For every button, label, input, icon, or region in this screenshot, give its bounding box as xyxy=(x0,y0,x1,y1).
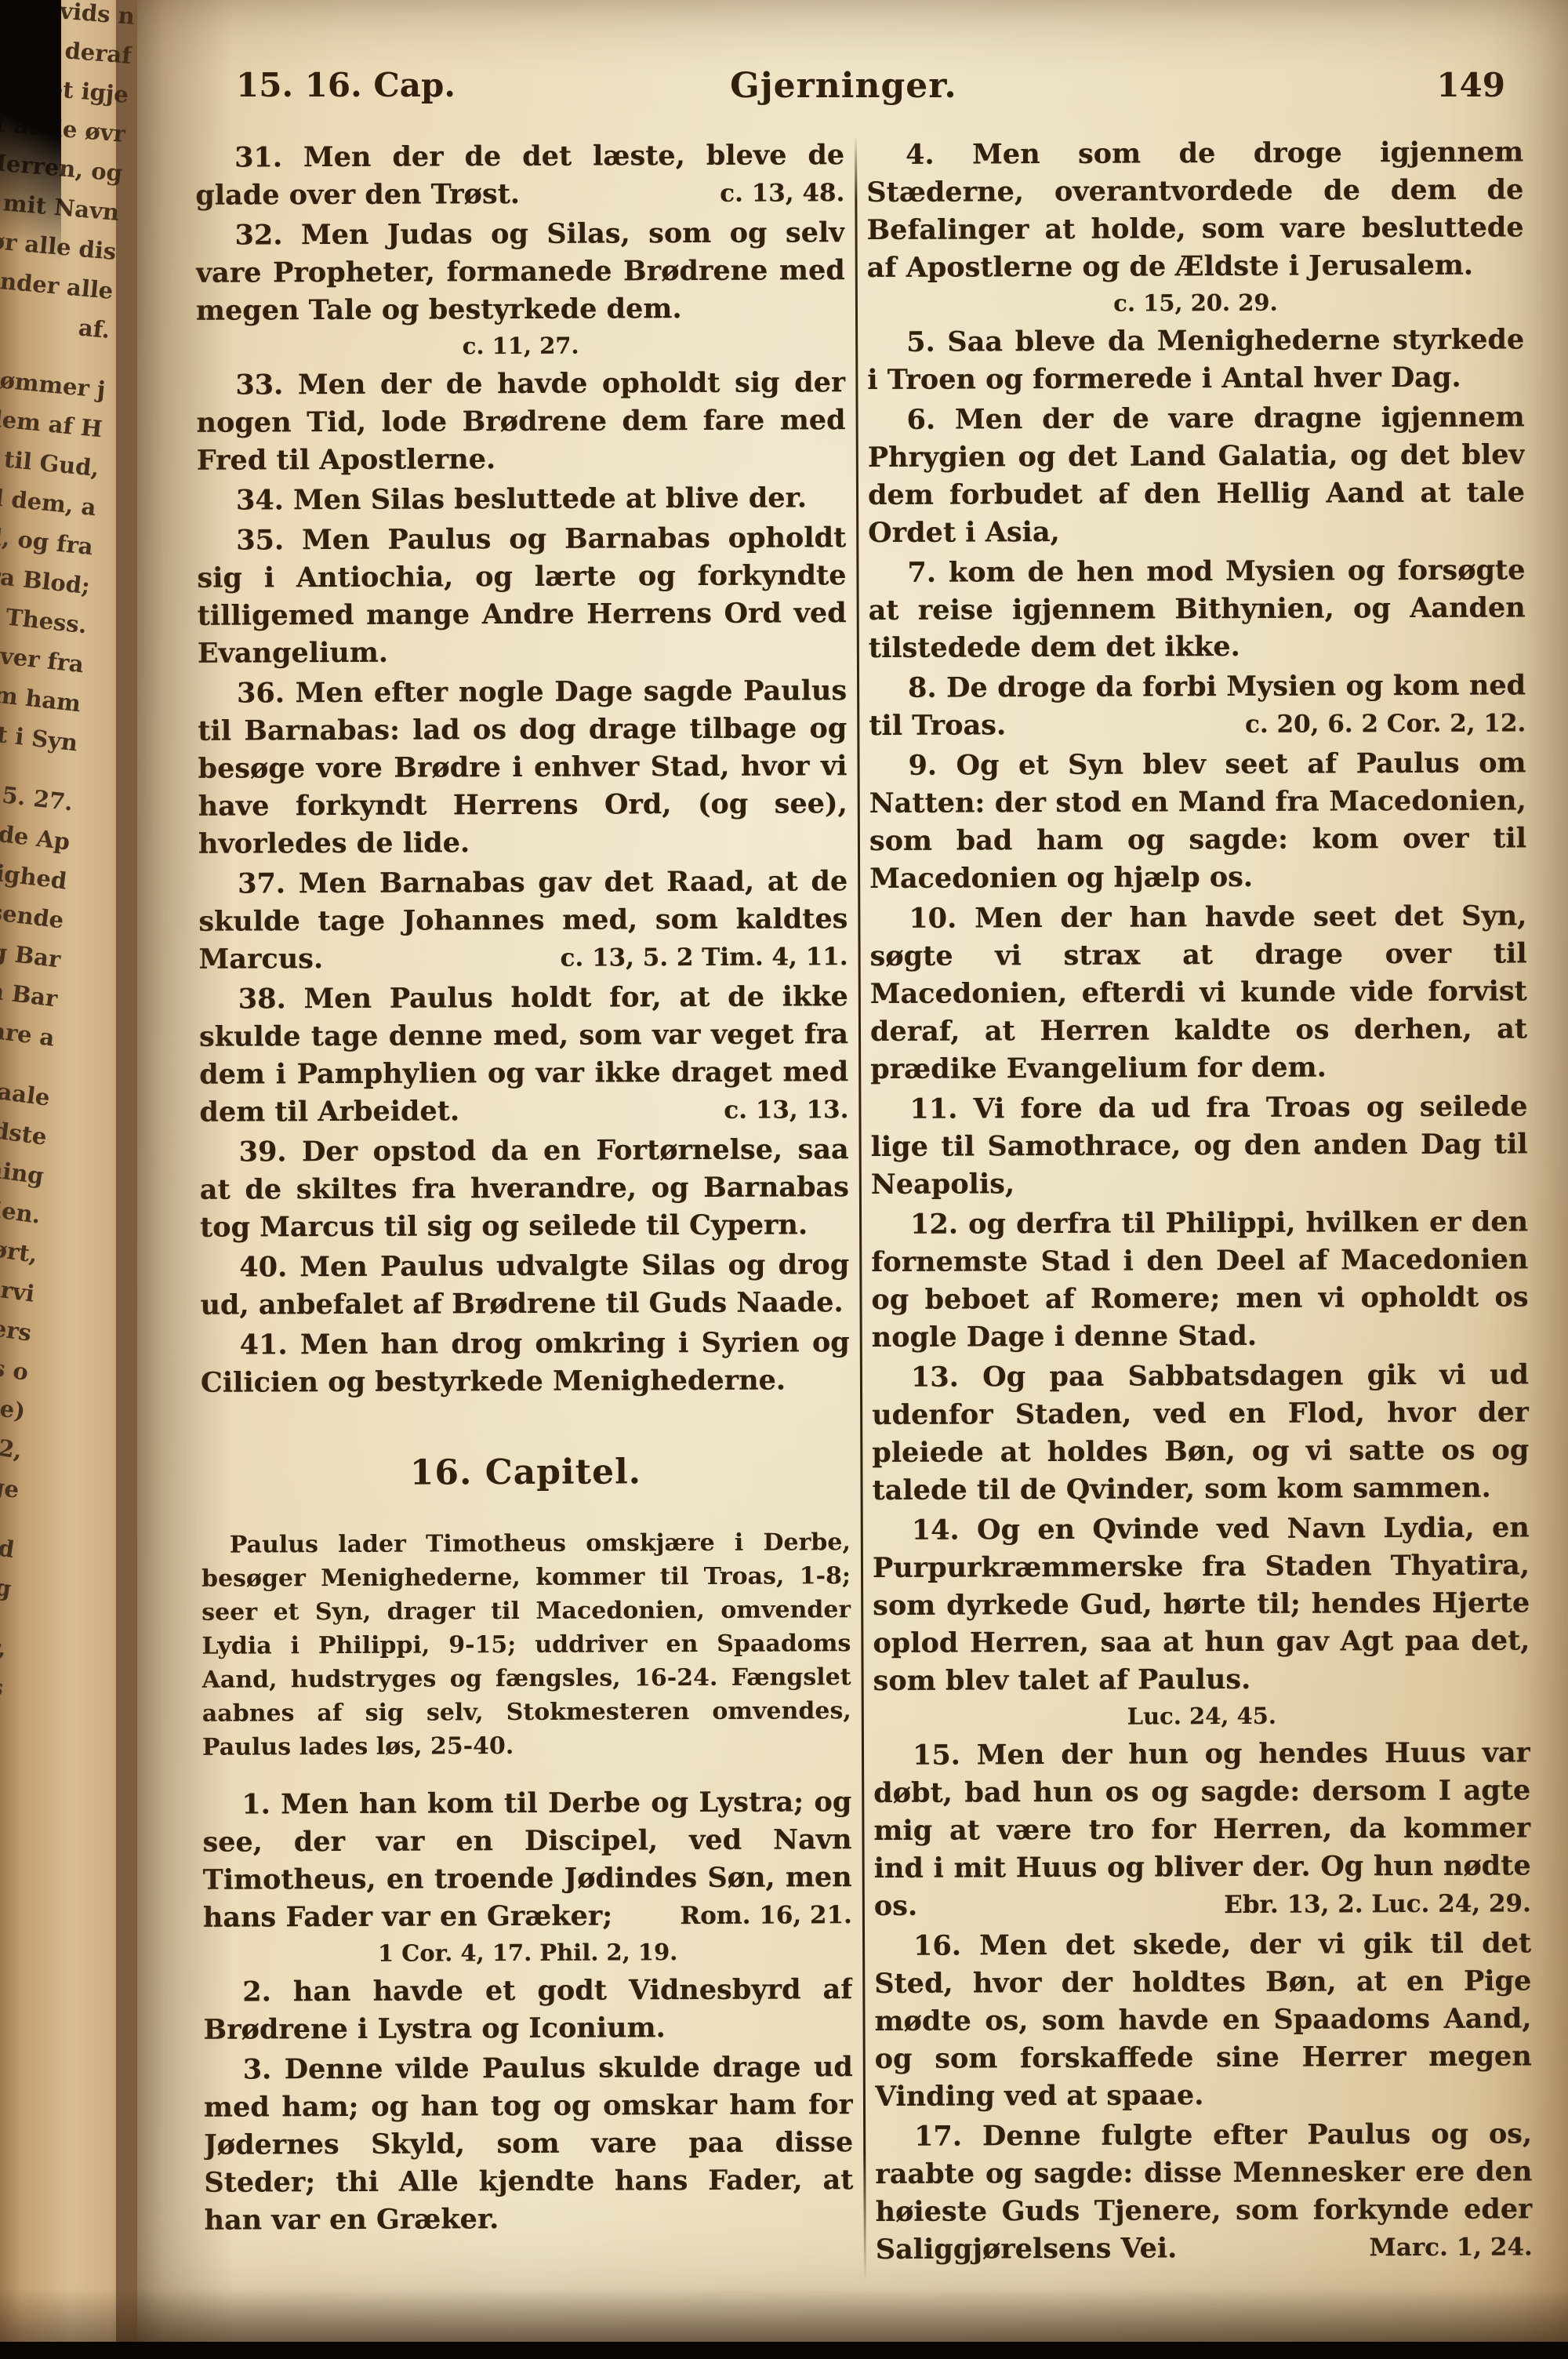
facing-page-text-fragment-text: af. xyxy=(78,314,111,343)
verse-paragraph: 9. Og et Syn blev seet af Paulus om Natt… xyxy=(869,744,1526,898)
cross-reference-line: c. 11, 27. xyxy=(196,331,845,361)
verse-paragraph: 34. Men Silas besluttede at blive der. xyxy=(197,479,846,520)
header-chapter-range: 15. 16. Cap. xyxy=(236,66,456,104)
verse-paragraph: 10. Men der han havde seet det Syn, søgt… xyxy=(869,897,1527,1089)
verse-paragraph: 3. Denne vilde Paulus skulde drage ud me… xyxy=(204,2048,854,2240)
photo-background-bottom xyxy=(0,2342,1568,2359)
cross-reference: c. 13, 13. xyxy=(710,1091,848,1129)
book-page: 15. 16. Cap. Gjerninger. 149 31. Men der… xyxy=(137,0,1568,2343)
cross-reference-line: 1 Cor. 4, 17. Phil. 2, 19. xyxy=(203,1938,852,1968)
cross-reference: c. 13, 48. xyxy=(706,174,844,213)
verse-paragraph: 32. Men Judas og Silas, som og selv vare… xyxy=(195,214,845,330)
chapter-summary: Paulus lader Timotheus omskjære i Derbe,… xyxy=(201,1525,851,1765)
verse-paragraph: 6. Men der de vare dragne igjennem Phryg… xyxy=(868,398,1526,552)
verse-paragraph: 33. Men der de havde opholdt sig der nog… xyxy=(196,364,846,480)
cross-reference: c. 20, 6. 2 Cor. 2, 12. xyxy=(1231,704,1526,743)
book-photo: Davids nrudte derafrette det igjedet at … xyxy=(0,0,1568,2359)
verse-paragraph: 12. og derfra til Philippi, hvilken er d… xyxy=(871,1203,1529,1357)
verse-paragraph: 35. Men Paulus og Barnabas opholdt sig i… xyxy=(197,519,847,673)
verse-paragraph: 15. Men der hun og hendes Huus var døbt,… xyxy=(873,1734,1531,1925)
text-columns: 31. Men der de det læste, bleve de glade… xyxy=(195,133,1555,2284)
header-book-title: Gjerninger. xyxy=(730,66,957,106)
verse-paragraph: 14. Og en Qvinde ved Navn Lydia, en Purp… xyxy=(873,1509,1530,1700)
cross-reference: Rom. 16, 21. xyxy=(666,1896,852,1935)
column-divider xyxy=(855,136,866,2282)
verse-paragraph: 16. Men det skede, der vi gik til det St… xyxy=(874,1925,1532,2116)
cross-reference-line: c. 15, 20. 29. xyxy=(867,288,1524,318)
left-column: 31. Men der de det læste, bleve de glade… xyxy=(195,136,854,2285)
verse-paragraph: 36. Men efter nogle Dage sagde Paulus ti… xyxy=(198,672,848,863)
verse-paragraph: 41. Men han drog omkring i Syrien og Cil… xyxy=(201,1324,850,1402)
verse-paragraph: 4. Men som de droge igjennem Stæderne, o… xyxy=(866,133,1524,287)
verse-paragraph: 40. Men Paulus udvalgte Silas og drog ud… xyxy=(200,1246,849,1325)
running-header: 15. 16. Cap. Gjerninger. 149 xyxy=(137,66,1568,116)
verse-paragraph: 38. Men Paulus holdt for, at de ikke sku… xyxy=(199,978,849,1132)
page-number: 149 xyxy=(1436,66,1505,104)
verse-paragraph: 37. Men Barnabas gav det Raad, at de sku… xyxy=(198,863,848,979)
cross-reference: Ebr. 13, 2. Luc. 24, 29. xyxy=(1210,1885,1531,1924)
facing-page-edge: Davids nrudte derafrette det igjedet at … xyxy=(0,0,137,2343)
verse-paragraph: 39. Der opstod da en Fortørnelse, saa at… xyxy=(200,1131,850,1247)
verse-paragraph: 1. Men han kom til Derbe og Lystra; og s… xyxy=(202,1783,852,1937)
cross-reference-line: Luc. 24, 45. xyxy=(873,1701,1530,1731)
cross-reference: c. 13, 5. 2 Tim. 4, 11. xyxy=(546,938,848,977)
verse-paragraph: 8. De droge da forbi Mysien og kom ned t… xyxy=(869,667,1526,745)
verse-paragraph: 17. Denne fulgte efter Paulus og os, raa… xyxy=(875,2115,1533,2269)
verse-paragraph: 5. Saa bleve da Menighederne styrkede i … xyxy=(867,321,1524,399)
verse-paragraph: 11. Vi fore da ud fra Troas og seilede l… xyxy=(870,1088,1528,1204)
verse-paragraph: 7. kom de hen mod Mysien og forsøgte at … xyxy=(868,551,1526,667)
verse-paragraph: 31. Men der de det læste, bleve de glade… xyxy=(195,136,844,215)
right-column: 4. Men som de droge igjennem Stæderne, o… xyxy=(866,133,1533,2282)
verse-paragraph: 13. Og paa Sabbatsdagen gik vi ud udenfo… xyxy=(872,1356,1530,1510)
chapter-heading: 16. Capitel. xyxy=(201,1451,850,1494)
photo-corner-shadow xyxy=(0,0,61,337)
cross-reference: Marc. 1, 24. xyxy=(1355,2228,1532,2266)
verse-paragraph: 2. han havde et godt Vidnesbyrd af Brødr… xyxy=(203,1971,852,2049)
